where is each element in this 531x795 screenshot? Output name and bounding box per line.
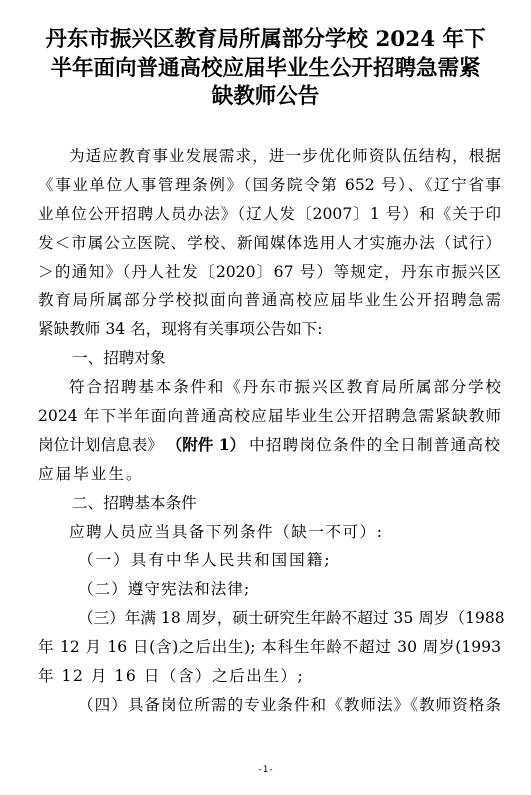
attachment-table-name: 岗位计划信息表》 bbox=[38, 431, 163, 460]
intro-line: 教育局所属部分学校拟面向普通高校应届毕业生公开招聘急需 bbox=[38, 286, 501, 315]
document-title: 丹东市振兴区教育局所属部分学校 2024 年下 半年面向普通高校应届毕业生公开招… bbox=[30, 26, 501, 112]
intro-line: 为适应教育事业发展需求，进一步优化师资队伍结构，根据 bbox=[38, 142, 501, 171]
title-line-1: 丹东市振兴区教育局所属部分学校 2024 年下 bbox=[30, 26, 501, 55]
condition-4: （四）具备岗位所需的专业条件和《教师法》《教师资格条 bbox=[38, 691, 501, 720]
section-2-heading: 二、招聘基本条件 bbox=[38, 489, 501, 518]
intro-line: 发＜市属公立医院、学校、新闻媒体选用人才实施办法（试行） bbox=[38, 229, 501, 258]
intro-line: ＞的通知》（丹人社发〔2020〕67 号）等规定，丹东市振兴区 bbox=[38, 258, 501, 287]
document-page: 丹东市振兴区教育局所属部分学校 2024 年下 半年面向普通高校应届毕业生公开招… bbox=[0, 0, 531, 795]
section-1-line: 应届毕业生。 bbox=[38, 460, 501, 489]
condition-2: （二）遵守宪法和法律; bbox=[38, 575, 501, 604]
page-number: -1- bbox=[0, 765, 531, 775]
title-line-3: 缺教师公告 bbox=[30, 83, 501, 112]
title-line-2: 半年面向普通高校应届毕业生公开招聘急需紧 bbox=[30, 55, 501, 84]
condition-3-cont: 年 12 月 16 日(含)之后出生); 本科生年龄不超过 30 周岁(1993 bbox=[38, 633, 501, 662]
section-1-line: 符合招聘基本条件和《丹东市振兴区教育局所属部分学校 bbox=[38, 373, 501, 402]
section-1-paragraph: 符合招聘基本条件和《丹东市振兴区教育局所属部分学校 2024 年下半年面向普通高… bbox=[38, 373, 501, 489]
section-2-paragraph: 应聘人员应当具备下列条件（缺一不可）: （一）具有中华人民共和国国籍; （二）遵… bbox=[38, 518, 501, 720]
section-2-line: 应聘人员应当具备下列条件（缺一不可）: bbox=[38, 518, 501, 547]
section-1-line-tail: 中招聘岗位条件的全日制普通高校 bbox=[249, 431, 501, 460]
condition-3-cont: 年 12 月 16 日（含）之后出生）; bbox=[38, 662, 501, 691]
document-body: 为适应教育事业发展需求，进一步优化师资队伍结构，根据 《事业单位人事管理条例》（… bbox=[38, 142, 501, 720]
intro-line: 紧缺教师 34 名，现将有关事项公告如下: bbox=[38, 315, 501, 344]
intro-line: 业单位公开招聘人员办法》（辽人发〔2007〕1 号）和《关于印 bbox=[38, 200, 501, 229]
section-1-heading: 一、招聘对象 bbox=[38, 344, 501, 373]
intro-line: 《事业单位人事管理条例》（国务院令第 652 号）、《辽宁省事 bbox=[38, 171, 501, 200]
section-1-line: 2024 年下半年面向普通高校应届毕业生公开招聘急需紧缺教师 bbox=[38, 402, 501, 431]
condition-1: （一）具有中华人民共和国国籍; bbox=[38, 546, 501, 575]
attachment-reference: （附件 1） bbox=[167, 431, 246, 460]
section-1-line-mixed: 岗位计划信息表》 （附件 1） 中招聘岗位条件的全日制普通高校 bbox=[38, 431, 501, 460]
intro-paragraph: 为适应教育事业发展需求，进一步优化师资队伍结构，根据 《事业单位人事管理条例》（… bbox=[38, 142, 501, 344]
condition-3: （三）年满 18 周岁，硕士研究生年龄不超过 35 周岁（1988 bbox=[38, 604, 501, 633]
